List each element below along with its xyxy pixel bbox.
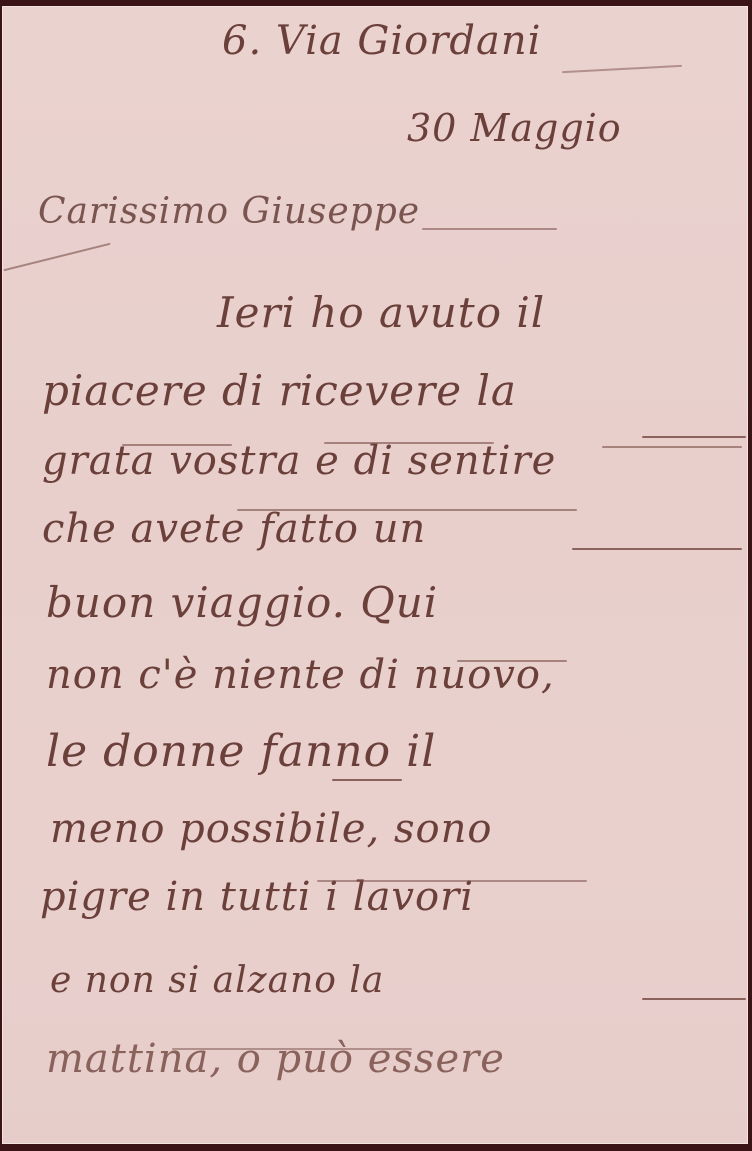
body-line-1: Ieri ho avuto il (217, 288, 545, 337)
t-cross-3c (602, 446, 742, 448)
letter-page: 6. Via Giordani 30 Maggio Carissimo Gius… (2, 6, 748, 1144)
t-cross-6 (457, 660, 567, 662)
t-cross-11 (172, 1048, 412, 1050)
body-line-4: che avete fatto un (42, 506, 426, 552)
body-line-6: non c'è niente di nuovo, (46, 652, 555, 698)
body-line-5: buon viaggio. Qui (46, 578, 438, 627)
date-line: 30 Maggio (407, 106, 622, 150)
t-cross-3a (122, 444, 232, 446)
address-line: 6. Via Giordani (222, 18, 541, 64)
line-2-flourish (642, 436, 746, 438)
line-7-flourish (332, 779, 402, 781)
t-cross-4 (237, 509, 577, 511)
body-line-11: mattina, o può essere (46, 1036, 505, 1082)
body-line-10: e non si alzano la (50, 960, 384, 1001)
salutation-flourish (422, 228, 557, 230)
salutation-underline (3, 243, 110, 272)
body-line-7: le donne fanno il (46, 726, 436, 777)
t-cross-9 (317, 880, 587, 882)
salutation: Carissimo Giuseppe (38, 191, 420, 232)
line-10-flourish (642, 998, 746, 1000)
scanned-letter: 6. Via Giordani 30 Maggio Carissimo Gius… (0, 0, 752, 1151)
line-4-flourish (572, 548, 742, 550)
body-line-2: piacere di ricevere la (42, 366, 517, 415)
body-line-3: grata vostra e di sentire (42, 438, 556, 484)
t-cross-3b (324, 442, 494, 444)
address-flourish (562, 65, 682, 73)
body-line-8: meno possibile, sono (50, 806, 492, 852)
